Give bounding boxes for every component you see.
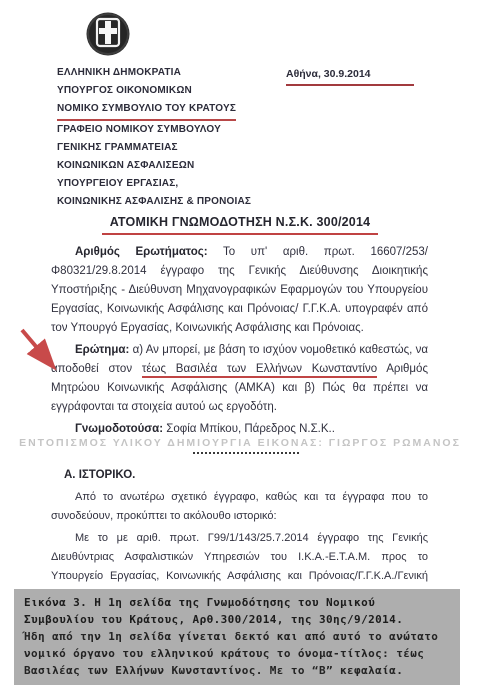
greek-coat-of-arms-icon (84, 10, 132, 58)
letterhead: ΕΛΛΗΝΙΚΗ ΔΗΜΟΚΡΑΤΙΑ ΥΠΟΥΡΓΟΣ ΟΙΚΟΝΟΜΙΚΩΝ… (57, 64, 251, 211)
document-body: Αριθμός Ερωτήματος: Το υπ' αριθ. πρωτ. 1… (51, 243, 428, 442)
letterhead-line: ΚΟΙΝΩΝΙΚΗΣ ΑΣΦΑΛΙΣΗΣ & ΠΡΟΝΟΙΑΣ (57, 193, 251, 211)
question-number-paragraph: Αριθμός Ερωτήματος: Το υπ' αριθ. πρωτ. 1… (51, 243, 428, 338)
letterhead-line: ΕΛΛΗΝΙΚΗ ΔΗΜΟΚΡΑΤΙΑ (57, 64, 181, 82)
letterhead-line: ΥΠΟΥΡΓΟΣ ΟΙΚΟΝΟΜΙΚΩΝ (57, 82, 192, 100)
document-page: Αθήνα, 30.9.2014 ΕΛΛΗΝΙΚΗ ΔΗΜΟΚΡΑΤΙΑ ΥΠΟ… (0, 0, 480, 700)
caption-title: Εικόνα 3. Η 1η σελίδα της Γνωμοδότησης τ… (24, 594, 450, 628)
history-paragraph: Με το με αριθ. πρωτ. Γ99/1/143/25.7.2014… (51, 529, 428, 582)
section-divider (193, 452, 299, 454)
letterhead-line: ΥΠΟΥΡΓΕΙΟΥ ΕΡΓΑΣΙΑΣ, (57, 175, 178, 193)
highlighted-phrase: τέως Βασιλέα των Ελλήνων Κωνσταντίνο (142, 363, 377, 378)
letterhead-line-legal-council: ΝΟΜΙΚΟ ΣΥΜΒΟΥΛΙΟ ΤΟΥ ΚΡΑΤΟΥΣ (57, 100, 236, 121)
annotation-arrow-icon (16, 327, 70, 379)
question-paragraph: Ερώτημα: α) Αν μπορεί, με βάση το ισχύον… (51, 341, 428, 417)
document-title: ΑΤΟΜΙΚΗ ΓΝΩΜΟΔΟΤΗΣΗ Ν.Σ.Κ. 300/2014 (0, 213, 480, 235)
question-number-label: Αριθμός Ερωτήματος: (75, 246, 208, 258)
letterhead-line: ΓΡΑΦΕΙΟ ΝΟΜΙΚΟΥ ΣΥΜΒΟΥΛΟΥ (57, 121, 221, 139)
history-heading: Α. ΙΣΤΟΡΙΚΟ. (64, 466, 428, 485)
history-paragraph: Από το ανωτέρω σχετικό έγγραφο, καθώς κα… (51, 488, 428, 526)
question-label: Ερώτημα: (75, 344, 129, 356)
letterhead-line: ΓΕΝΙΚΗΣ ΓΡΑΜΜΑΤΕΙΑΣ (57, 139, 178, 157)
watermark-text: ΕΝΤΟΠΙΣΜΟΣ ΥΛΙΚΟΥ ΔΗΜΙΟΥΡΓΙΑ ΕΙΚΟΝΑΣ: ΓΙ… (0, 437, 480, 449)
letterhead-line: ΚΟΙΝΩΝΙΚΩΝ ΑΣΦΑΛΙΣΕΩΝ (57, 157, 194, 175)
history-section: Α. ΙΣΤΟΡΙΚΟ. Από το ανωτέρω σχετικό έγγρ… (51, 466, 428, 582)
caption-box: Εικόνα 3. Η 1η σελίδα της Γνωμοδότησης τ… (14, 589, 460, 685)
caption-text: Ήδη από την 1η σελίδα γίνεται δεκτό και … (24, 628, 450, 679)
date-line: Αθήνα, 30.9.2014 (286, 68, 414, 86)
advisor-label: Γνωμοδοτούσα: (75, 423, 163, 435)
